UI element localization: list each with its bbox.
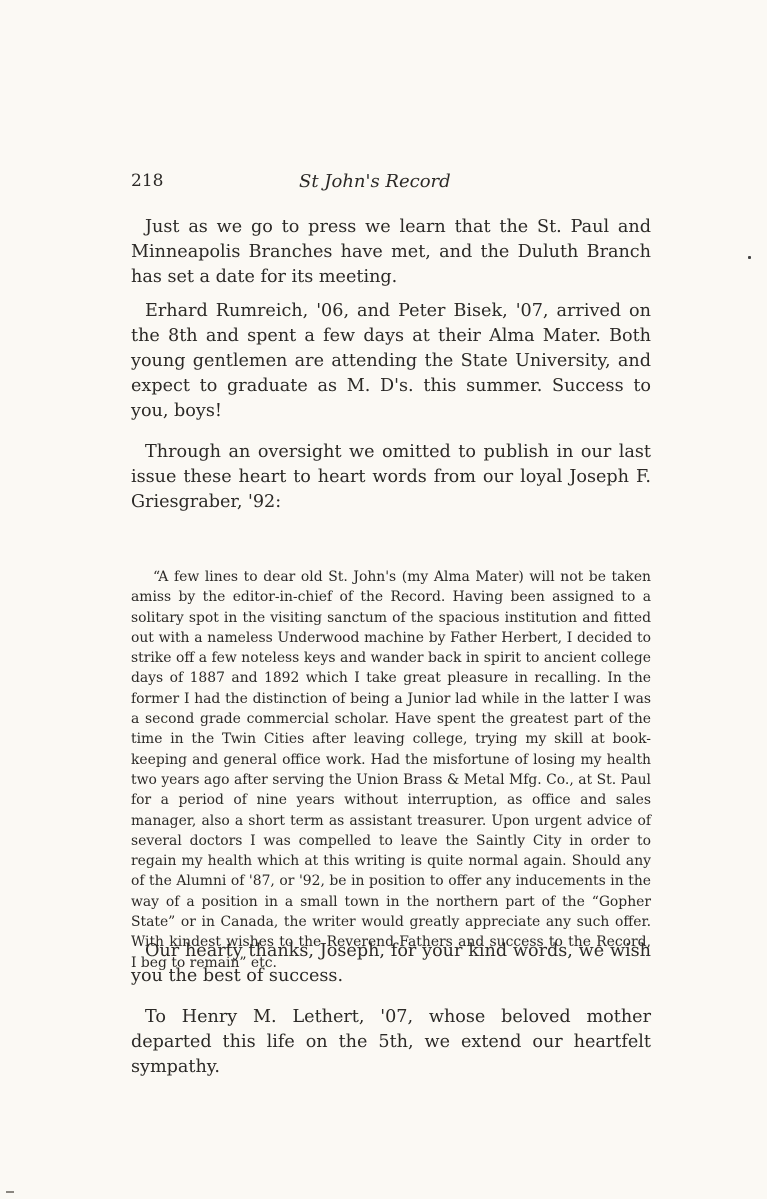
quote-text: “A few lines to dear old St. John's (my … — [131, 567, 651, 973]
paragraph-text: Erhard Rumreich, '06, and Peter Bisek, '… — [131, 299, 651, 424]
paragraph-branches-meeting: Just as we go to press we learn that the… — [131, 215, 651, 290]
page-header: 218 St John's Record — [131, 171, 651, 195]
paragraph-text: Our hearty thanks, Joseph, for your kind… — [131, 939, 651, 989]
document-page: 218 St John's Record Just as we go to pr… — [0, 0, 767, 1199]
paragraph-text: Through an oversight we omitted to publi… — [131, 440, 651, 515]
paragraph-alumni-visit: Erhard Rumreich, '06, and Peter Bisek, '… — [131, 299, 651, 424]
paragraph-condolence: To Henry M. Lethert, '07, whose beloved … — [131, 1005, 651, 1080]
paragraph-text: Just as we go to press we learn that the… — [131, 215, 651, 290]
running-title: St John's Record — [299, 171, 451, 192]
scan-speck — [748, 256, 751, 259]
paragraph-text: To Henry M. Lethert, '07, whose beloved … — [131, 1005, 651, 1080]
letter-quote: “A few lines to dear old St. John's (my … — [131, 567, 651, 973]
paragraph-thanks: Our hearty thanks, Joseph, for your kind… — [131, 939, 651, 989]
scan-corner-mark — [6, 1191, 14, 1193]
paragraph-oversight-intro: Through an oversight we omitted to publi… — [131, 440, 651, 515]
page-number: 218 — [131, 171, 163, 191]
